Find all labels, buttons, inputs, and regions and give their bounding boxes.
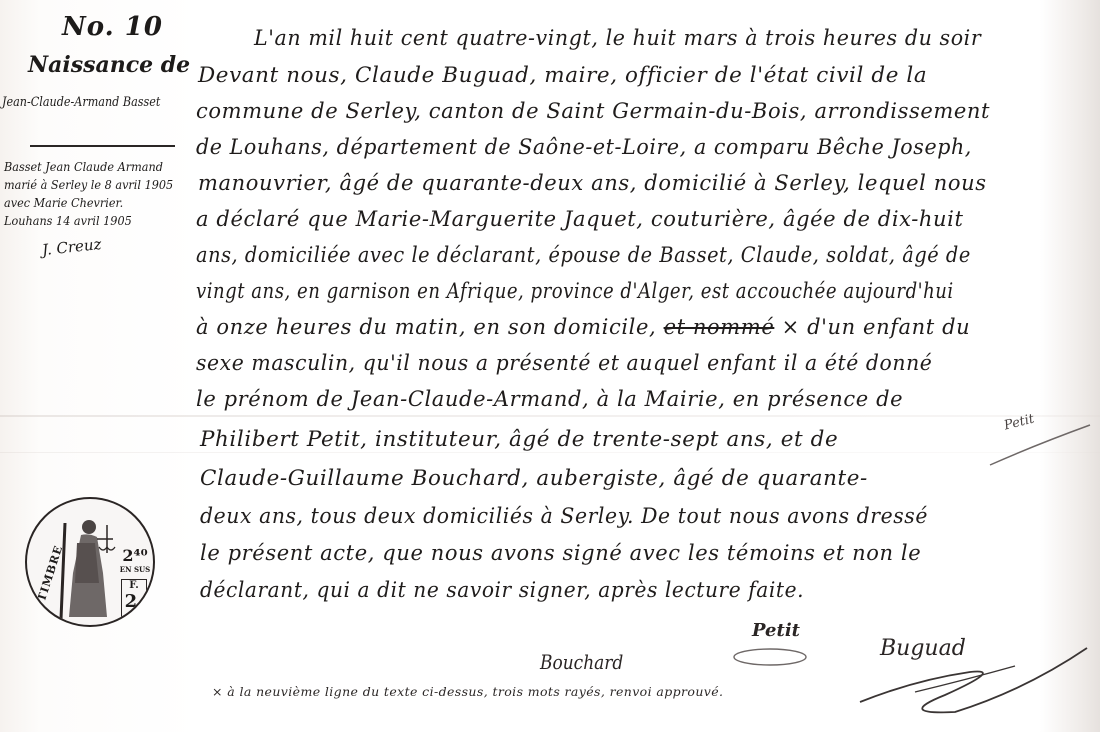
insertion-text: × d'un enfant du — [782, 315, 971, 339]
annotation-line: avec Marie Chevrier. — [4, 194, 175, 212]
margin-heading: Naissance de — [28, 52, 190, 78]
body-line: déclarant, qui a dit ne savoir signer, a… — [200, 578, 804, 602]
body-line: L'an mil huit cent quatre-vingt, le huit… — [254, 26, 981, 50]
body-line-text: à onze heures du matin, en son domicile, — [196, 315, 656, 339]
body-line-with-strike: à onze heures du matin, en son domicile,… — [196, 315, 970, 339]
buguad-flourish-icon — [855, 640, 1095, 720]
body-line: le présent acte, que nous avons signé av… — [200, 541, 921, 565]
marriage-annotation: Basset Jean Claude Armand marié à Serley… — [4, 158, 175, 230]
signature-bouchard: Bouchard — [540, 650, 623, 674]
annotation-line: Louhans 14 avril 1905 — [4, 212, 175, 230]
marginal-footnote: × à la neuvième ligne du texte ci-dessus… — [212, 684, 723, 699]
fiscal-stamp: TIMBRE 2⁴⁰ EN SUS F. 2. — [25, 497, 155, 627]
annotation-line: marié à Serley le 8 avril 1905 — [4, 176, 175, 194]
margin-child-name: Jean-Claude-Armand Basset — [2, 95, 174, 110]
body-line: a déclaré que Marie-Marguerite Jaquet, c… — [196, 207, 964, 231]
struck-words: et nommé — [664, 315, 775, 339]
margin-column: No. 10 Naissance de Jean-Claude-Armand B… — [0, 0, 200, 470]
body-line: ans, domiciliée avec le déclarant, épous… — [196, 243, 971, 267]
document-page: No. 10 Naissance de Jean-Claude-Armand B… — [0, 0, 1100, 732]
body-line: vingt ans, en garnison en Afrique, provi… — [196, 279, 954, 303]
body-line: Claude-Guillaume Bouchard, aubergiste, â… — [200, 466, 868, 490]
stamp-value: 2⁴⁰ EN SUS — [119, 547, 151, 574]
body-line: le prénom de Jean-Claude-Armand, à la Ma… — [196, 387, 903, 411]
body-line: Devant nous, Claude Buguad, maire, offic… — [198, 63, 927, 87]
annotation-line: Basset Jean Claude Armand — [4, 158, 175, 176]
stamp-price: F. 2. — [121, 579, 147, 619]
margin-separator — [30, 145, 175, 147]
body-line: commune de Serley, canton de Saint Germa… — [196, 99, 990, 123]
annotation-signature: J. Creuz — [41, 235, 102, 259]
act-number: No. 10 — [62, 12, 163, 42]
justice-figure-icon — [55, 513, 117, 621]
flourish-icon — [985, 420, 1095, 470]
body-line: deux ans, tous deux domiciliés à Serley.… — [200, 504, 928, 528]
body-line: manouvrier, âgé de quarante-deux ans, do… — [198, 171, 987, 195]
petit-underline-flourish-icon — [730, 645, 810, 670]
body-line: Philibert Petit, instituteur, âgé de tre… — [200, 427, 838, 451]
body-line: sexe masculin, qu'il nous a présenté et … — [196, 351, 932, 375]
body-line: de Louhans, département de Saône-et-Loir… — [196, 135, 972, 159]
signature-petit: Petit — [752, 620, 800, 641]
